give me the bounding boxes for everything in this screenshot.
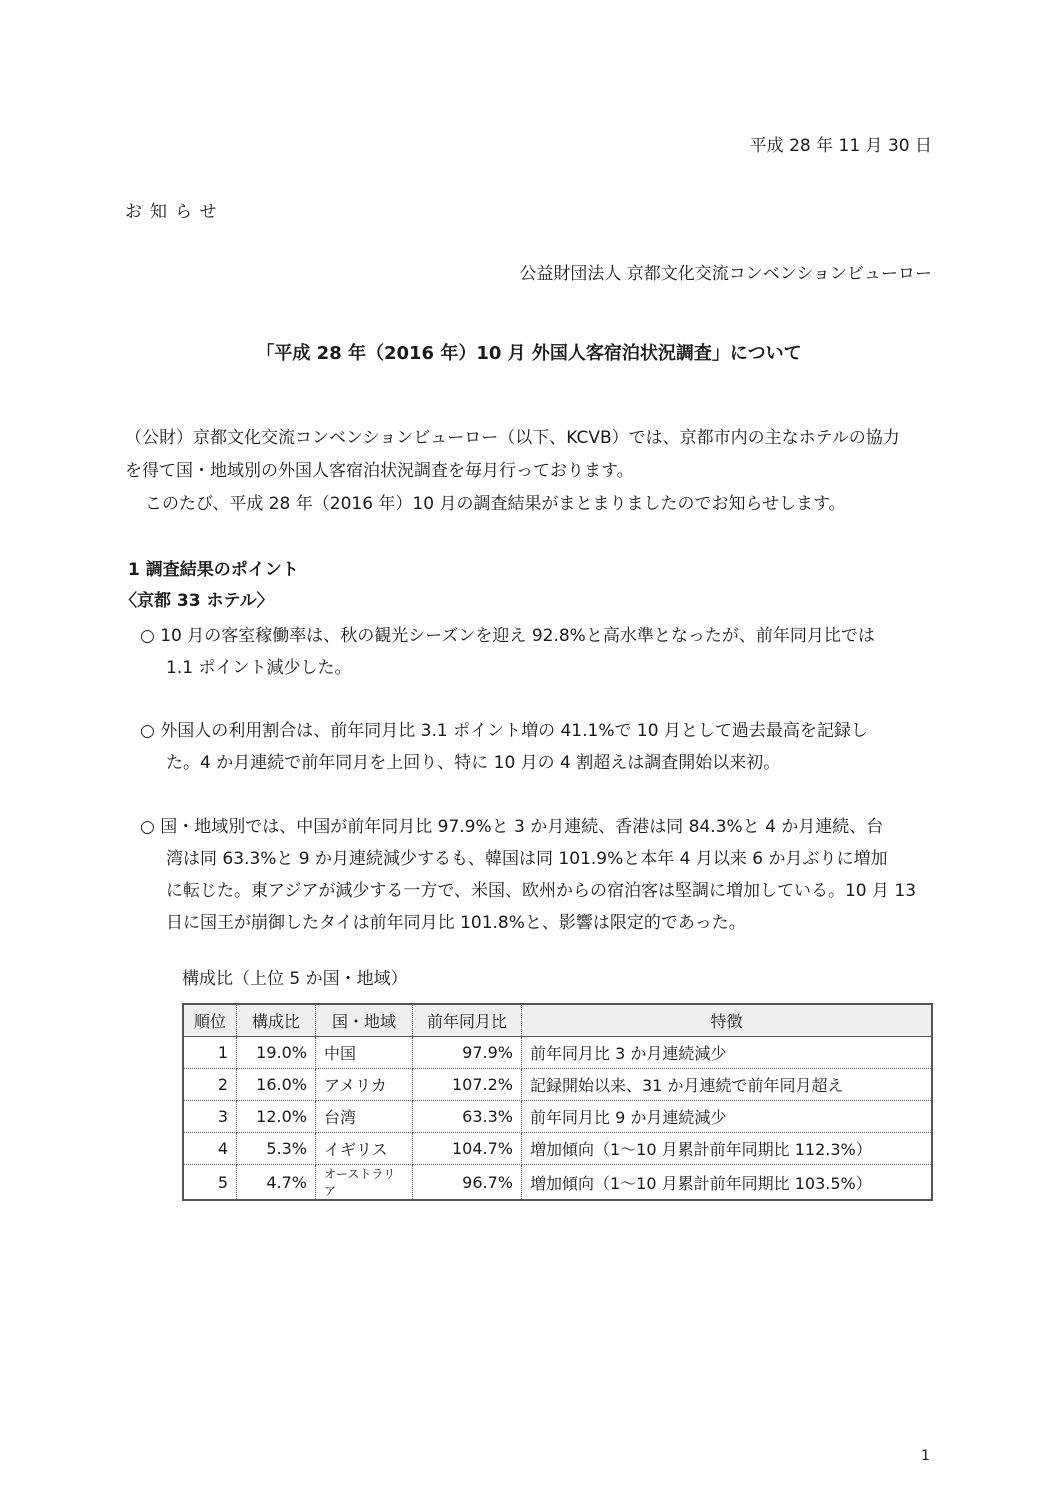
organization-name: 公益財団法人 京都文化交流コンベンションビューロー (519, 259, 932, 284)
table-row: 4 5.3% イギリス 104.7% 増加傾向（1～10 月累計前年同期比 11… (183, 1133, 932, 1165)
yoy-cell: 107.2% (413, 1069, 522, 1101)
document-date: 平成 28 年 11 月 30 日 (750, 131, 932, 156)
share-cell: 4.7% (237, 1165, 316, 1201)
section-heading: 1 調査結果のポイント (128, 555, 299, 580)
composition-table: 順位 構成比 国・地域 前年同月比 特徴 1 19.0% 中国 97.9% 前年… (182, 1003, 933, 1201)
yoy-cell: 97.9% (413, 1037, 522, 1069)
header-country: 国・地域 (316, 1004, 413, 1037)
country-cell: 台湾 (316, 1101, 413, 1133)
header-rank: 順位 (183, 1004, 237, 1037)
table-row: 3 12.0% 台湾 63.3% 前年同月比 9 か月連続減少 (183, 1101, 932, 1133)
country-cell: イギリス (316, 1133, 413, 1165)
share-cell: 12.0% (237, 1101, 316, 1133)
country-cell: オーストラリア (316, 1165, 413, 1201)
bullet-2-line-1: ○ 外国人の利用割合は、前年同月比 3.1 ポイント増の 41.1%で 10 月… (140, 716, 868, 741)
rank-cell: 5 (183, 1165, 237, 1201)
bullet-3-line-3: に転じた。東アジアが減少する一方で、米国、欧州からの宿泊客は堅調に増加している。… (166, 876, 916, 901)
notice-label: お知らせ (125, 197, 225, 222)
rank-cell: 2 (183, 1069, 237, 1101)
intro-line-3: このたび、平成 28 年（2016 年）10 月の調査結果がまとまりましたのでお… (145, 489, 846, 514)
bullet-3-line-1: ○ 国・地域別では、中国が前年同月比 97.9%と 3 か月連続、香港は同 84… (140, 812, 883, 837)
bullet-1-line-2: 1.1 ポイント減少した。 (166, 653, 351, 678)
feature-cell: 増加傾向（1～10 月累計前年同期比 103.5%） (522, 1165, 933, 1201)
rank-cell: 1 (183, 1037, 237, 1069)
share-cell: 19.0% (237, 1037, 316, 1069)
country-cell: 中国 (316, 1037, 413, 1069)
share-cell: 5.3% (237, 1133, 316, 1165)
yoy-cell: 96.7% (413, 1165, 522, 1201)
section-subheading: 〈京都 33 ホテル〉 (120, 586, 274, 611)
rank-cell: 3 (183, 1101, 237, 1133)
table-row: 5 4.7% オーストラリア 96.7% 増加傾向（1～10 月累計前年同期比 … (183, 1165, 932, 1201)
bullet-3-line-4: 日に国王が崩御したタイは前年同月比 101.8%と、影響は限定的であった。 (166, 908, 746, 933)
bullet-2-line-2: た。4 か月連続で前年同月を上回り、特に 10 月の 4 割超えは調査開始以来初… (166, 748, 780, 773)
yoy-cell: 104.7% (413, 1133, 522, 1165)
page-number: 1 (921, 1448, 930, 1464)
intro-line-1: （公財）京都文化交流コンベンションビューロー（以下、KCVB）では、京都市内の主… (125, 423, 900, 448)
bullet-1-line-1: ○ 10 月の客室稼働率は、秋の観光シーズンを迎え 92.8%と高水準となったが… (140, 621, 875, 646)
rank-cell: 4 (183, 1133, 237, 1165)
feature-cell: 増加傾向（1～10 月累計前年同期比 112.3%） (522, 1133, 933, 1165)
share-cell: 16.0% (237, 1069, 316, 1101)
header-feature: 特徴 (522, 1004, 933, 1037)
header-share: 構成比 (237, 1004, 316, 1037)
table-row: 1 19.0% 中国 97.9% 前年同月比 3 か月連続減少 (183, 1037, 932, 1069)
table-header-row: 順位 構成比 国・地域 前年同月比 特徴 (183, 1004, 932, 1037)
intro-line-2: を得て国・地域別の外国人客宿泊状況調査を毎月行っております。 (125, 456, 634, 481)
feature-cell: 前年同月比 3 か月連続減少 (522, 1037, 933, 1069)
country-cell: アメリカ (316, 1069, 413, 1101)
feature-cell: 前年同月比 9 か月連続減少 (522, 1101, 933, 1133)
table-caption: 構成比（上位 5 か国・地域） (182, 964, 408, 989)
feature-cell: 記録開始以来、31 か月連続で前年同月超え (522, 1069, 933, 1101)
table-row: 2 16.0% アメリカ 107.2% 記録開始以来、31 か月連続で前年同月超… (183, 1069, 932, 1101)
yoy-cell: 63.3% (413, 1101, 522, 1133)
header-yoy: 前年同月比 (413, 1004, 522, 1037)
bullet-3-line-2: 湾は同 63.3%と 9 か月連続減少するも、韓国は同 101.9%と本年 4 … (166, 844, 888, 869)
document-title: 「平成 28 年（2016 年）10 月 外国人客宿泊状況調査」について (0, 339, 1058, 365)
